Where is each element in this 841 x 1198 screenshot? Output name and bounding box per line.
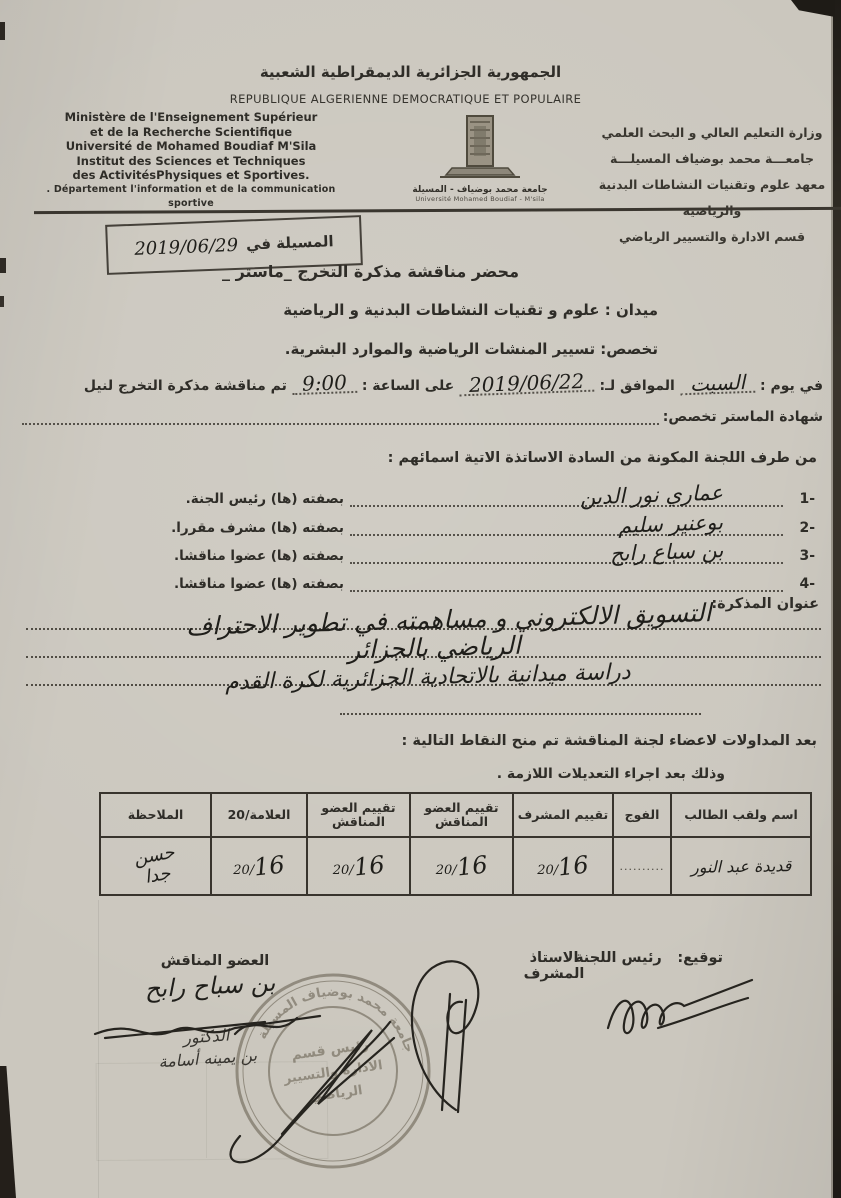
defense-date-handwritten: 2019/06/22 [459,372,595,397]
committee-member-name-handwritten: بوعنير سليم [618,510,724,538]
committee-role: بصفته (ها) مشرف مقررا. [166,520,344,536]
committee-number: -4 [789,576,815,592]
university-logo: جامعة محمد بوضياف - المسيلة Université M… [396,114,564,203]
stamp-overlapping-signature [220,988,440,1178]
date-box-label: المسيلة في [246,232,334,253]
deliberation-line-2: وذلك بعد اجراء التعديلات اللازمة . [497,766,725,782]
defense-time-handwritten: 9:00 [292,373,358,395]
institute-line: des ActivitésPhysiques et Sportives. [26,168,356,183]
institute-line: Institut des Sciences et Techniques [26,154,356,169]
committee-role: بصفته (ها) عضوا مناقشا. [166,548,344,564]
header-mark-out-of-20: العلامة/20 [211,793,307,837]
thesis-dotted-line: دراسة ميدانية بالاتحادية الجزائرية لكرة … [26,657,821,686]
defense-text: في يوم : [760,378,823,394]
grades-table: اسم ولقب الطالب الفوج تقييم المشرف تقييم… [99,792,812,896]
cell-examiner2-mark: 20/16 [307,837,410,895]
ministry-line: Ministère de l'Enseignement Supérieur [26,110,356,125]
committee-member-name-handwritten: عماري نور الدين [580,481,724,510]
student-name-handwritten: قديدة عبد النور [691,856,792,877]
committee-number: -1 [789,491,815,507]
signature-word: توقيع: [677,950,723,966]
dotted-line [22,409,659,425]
thesis-dotted-line: الرياضي بالجزائر [26,629,821,658]
defense-sentence-2: شهادة الماستر تخصص: [22,409,823,425]
table-header-row: اسم ولقب الطالب الفوج تقييم المشرف تقييم… [100,793,811,837]
republic-title-french: REPUBLIQUE ALGERIENNE DEMOCRATIQUE ET PO… [80,92,731,106]
dotted-line: عماري نور الدين [350,490,783,507]
scan-mark-left-3 [0,296,4,307]
committee-row: -2 بوعنير سليم بصفته (ها) مشرف مقررا. [166,509,815,536]
ministry-block-arabic: وزارة التعليم العالي و البحث العلمي جامع… [591,120,833,250]
mark-denominator: 20/ [333,863,354,878]
chair-signature [600,972,760,1052]
header-group: الفوج [613,793,671,837]
defense-day-handwritten: السبت [680,373,756,396]
defense-text: شهادة الماستر تخصص: [663,409,823,425]
dotted-line: بوعنير سليم [350,519,783,536]
specialty-line: تخصص: تسيير المنشات الرياضية والموارد ال… [285,340,658,358]
supervisor-mark-handwritten: 16 [557,850,590,881]
cell-student-name: قديدة عبد النور [671,837,811,895]
cell-supervisor-mark: 20/16 [513,837,613,895]
scan-mark-left-1 [0,22,5,40]
committee-row: -4 بصفته (ها) عضوا مناقشا. [166,565,815,592]
republic-title-arabic: الجمهورية الجزائرية الديمقراطية الشعبية [90,63,731,81]
grades-table-grid: اسم ولقب الطالب الفوج تقييم المشرف تقييم… [99,792,812,896]
date-handwritten: 2019/06/29 [134,234,238,259]
university-monument-icon [400,114,560,180]
scan-edge-right [833,0,841,1198]
committee-role: بصفته (ها) عضوا مناقشا. [166,576,344,592]
cell-group: .......... [613,837,671,895]
header-remark: الملاحظة [100,793,211,837]
mark-denominator: 20/ [233,863,254,878]
scan-corner-bottom-left [0,1066,16,1198]
defense-sentence: في يوم : السبت الموافق لـ: 2019/06/22 عل… [22,374,823,394]
institute-line-ar: معهد علوم وتقنيات النشاطات البدنية والري… [591,172,833,224]
logo-caption-french: Université Mohamed Boudiaf - M'sila [396,195,564,203]
examiner-signature-label: العضو المناقش [160,953,270,969]
cell-examiner1-mark: 20/16 [410,837,513,895]
cell-remark: حسن جدا [100,837,211,895]
dotted-line: بن سباع رابح [350,547,783,564]
document-title: محضر مناقشة مذكرة التخرج _ماستر _ [0,262,741,281]
committee-row: -3 بن سباع رابح بصفته (ها) عضوا مناقشا. [166,537,815,564]
header-examiner-eval-1: تقييم العضو المناقش [410,793,513,837]
university-line: Université de Mohamed Boudiaf M'Sila [26,139,356,154]
examiner2-mark-handwritten: 16 [352,850,385,881]
department-line: . Département l'information et de la com… [26,183,356,212]
committee-intro: من طرف اللجنة المكونة من السادة الاساتذة… [388,450,817,466]
final-mark-handwritten: 16 [253,850,286,881]
mark-denominator: 20/ [537,863,558,878]
thesis-dotted-line: التسويق الالكتروني و مساهمته في تطوير ال… [26,601,821,630]
committee-number: -3 [789,548,815,564]
header-student-name: اسم ولقب الطالب [671,793,811,837]
ministry-block-french: Ministère de l'Enseignement Supérieur et… [26,110,356,212]
scan-corner-top-right [791,0,835,17]
defense-text: تم مناقشة مذكرة التخرج لنيل [84,378,287,394]
dotted-line [350,575,783,592]
group-dots: .......... [620,860,665,873]
ministry-line: et de la Recherche Scientifique [26,125,356,140]
thesis-dotted-line [340,686,701,715]
committee-row: -1 عماري نور الدين بصفته (ها) رئيس الجنة… [166,480,815,507]
remark-handwritten: حسن جدا [123,841,187,890]
mark-denominator: 20/ [436,863,457,878]
header-supervisor-eval: تقييم المشرف [513,793,613,837]
scanned-document-page: الجمهورية الجزائرية الديمقراطية الشعبية … [0,0,841,1198]
header-examiner-eval-2: تقييم العضو المناقش [307,793,410,837]
deliberation-line-1: بعد المداولات لاعضاء لجنة المناقشة تم من… [402,733,817,749]
logo-caption-arabic: جامعة محمد بوضياف - المسيلة [396,185,564,195]
committee-role: بصفته (ها) رئيس الجنة. [166,491,344,507]
defense-text: على الساعة : [362,378,454,394]
committee-member-name-handwritten: بن سباع رابح [609,538,723,566]
department-line-ar: قسم الادارة والتسيير الرياضي [591,224,833,250]
ministry-line-ar: وزارة التعليم العالي و البحث العلمي [591,120,833,146]
cell-final-mark: 20/16 [211,837,307,895]
field-line: ميدان : علوم و تقنيات النشاطات البدنية و… [283,301,658,319]
table-row: قديدة عبد النور .......... 20/16 20/16 2… [100,837,811,895]
committee-number: -2 [789,520,815,536]
defense-text: الموافق لـ: [600,378,675,394]
examiner1-mark-handwritten: 16 [455,850,488,881]
university-line-ar: جامعـــة محمد بوضياف المسيلـــة [591,146,833,172]
